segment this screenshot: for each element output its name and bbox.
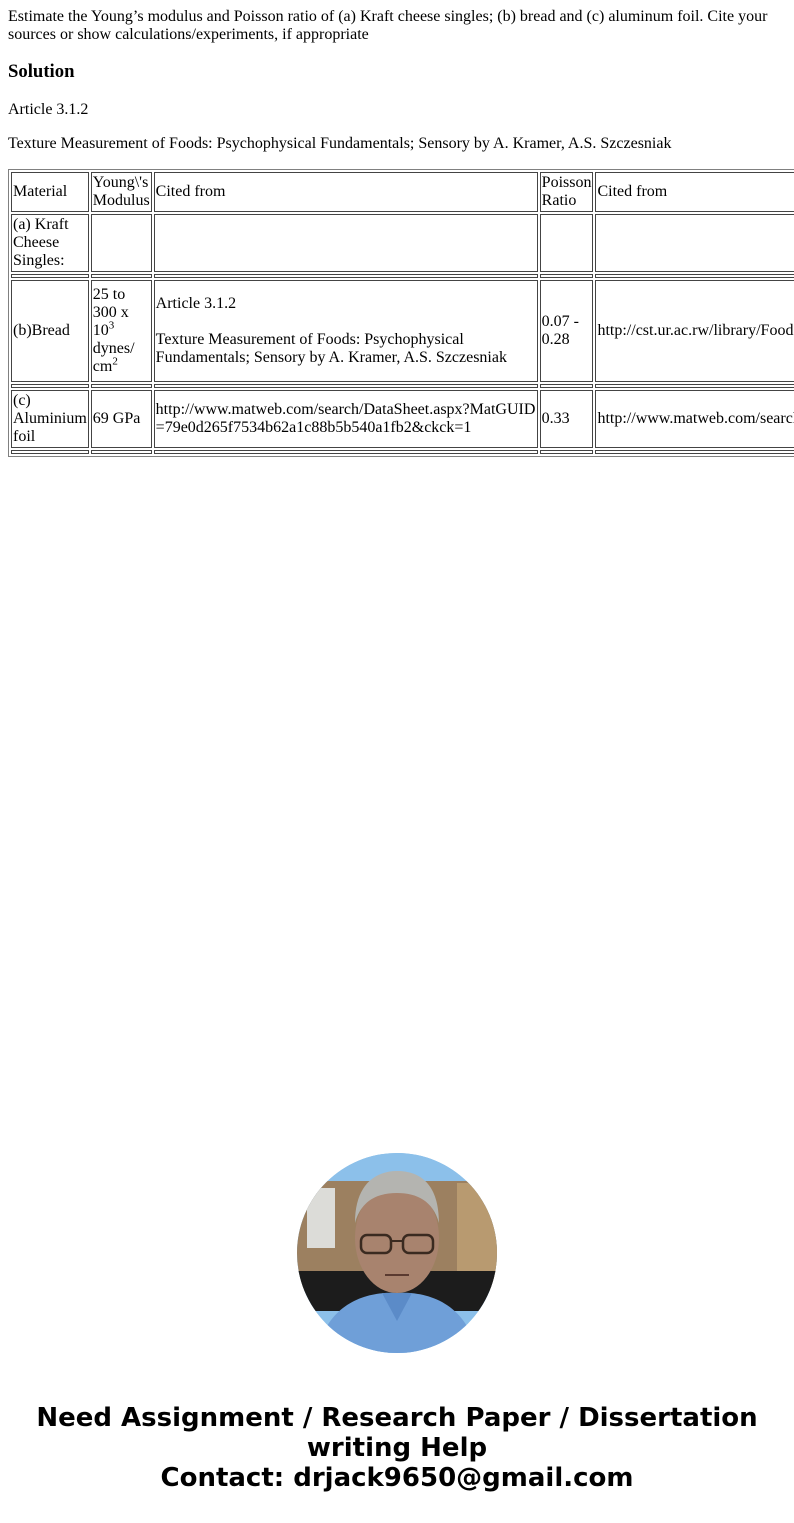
cell-cited-from-2 (595, 214, 794, 272)
row-separator (11, 384, 794, 388)
cell-poisson-ratio: 0.33 (540, 390, 594, 448)
cite-reference: Texture Measurement of Foods: Psychophys… (156, 331, 536, 367)
cell-youngs-modulus: 69 GPa (91, 390, 152, 448)
cell-cited-from[interactable]: http://www.matweb.com/search/DataSheet.a… (154, 390, 538, 448)
row-separator (11, 450, 794, 454)
table-row: (c) Aluminium foil 69 GPa http://www.mat… (11, 390, 794, 448)
header-youngs-modulus: Young\'s Modulus (91, 172, 152, 212)
cell-material: (a) Kraft Cheese Singles: (11, 214, 89, 272)
table-header-row: Material Young\'s Modulus Cited from Poi… (11, 172, 794, 212)
table-row: (b)Bread 25 to 300 x 103 dynes/ cm2 Arti… (11, 280, 794, 382)
modulus-exponent: 3 (109, 320, 115, 332)
document-body: Estimate the Young’s modulus and Poisson… (8, 8, 794, 457)
question-text: Estimate the Young’s modulus and Poisson… (8, 8, 786, 44)
article-reference: Article 3.1.2 (8, 101, 794, 119)
cell-material: (c) Aluminium foil (11, 390, 89, 448)
cell-youngs-modulus: 25 to 300 x 103 dynes/ cm2 (91, 280, 152, 382)
header-cited-from: Cited from (154, 172, 538, 212)
banner-line-2: writing Help (0, 1433, 794, 1463)
cell-material: (b)Bread (11, 280, 89, 382)
solution-heading: Solution (8, 61, 794, 82)
book-reference: Texture Measurement of Foods: Psychophys… (8, 135, 794, 153)
header-cited-from-2: Cited from (595, 172, 794, 212)
header-material: Material (11, 172, 89, 212)
cell-cited-from-2[interactable]: http://cst.ur.ac.rw/library/Food% (595, 280, 794, 382)
person-portrait-icon (297, 1153, 497, 1353)
cell-cited-from (154, 214, 538, 272)
contact-email: Contact: drjack9650@gmail.com (0, 1463, 794, 1493)
cell-cited-from: Article 3.1.2 Texture Measurement of Foo… (154, 280, 538, 382)
header-poisson-ratio: Poisson Ratio (540, 172, 594, 212)
cite-article: Article 3.1.2 (156, 295, 536, 313)
cell-cited-from-2[interactable]: http://www.matweb.com/search/ (595, 390, 794, 448)
avatar (297, 1153, 497, 1353)
unit-exponent: 2 (112, 356, 118, 368)
properties-table: Material Young\'s Modulus Cited from Poi… (8, 169, 794, 457)
cell-poisson-ratio: 0.07 - 0.28 (540, 280, 594, 382)
table-row: (a) Kraft Cheese Singles: (11, 214, 794, 272)
banner-line-1: Need Assignment / Research Paper / Disse… (0, 1403, 794, 1433)
row-separator (11, 274, 794, 278)
contact-banner: Need Assignment / Research Paper / Disse… (0, 1403, 794, 1493)
cell-youngs-modulus (91, 214, 152, 272)
cell-poisson-ratio (540, 214, 594, 272)
